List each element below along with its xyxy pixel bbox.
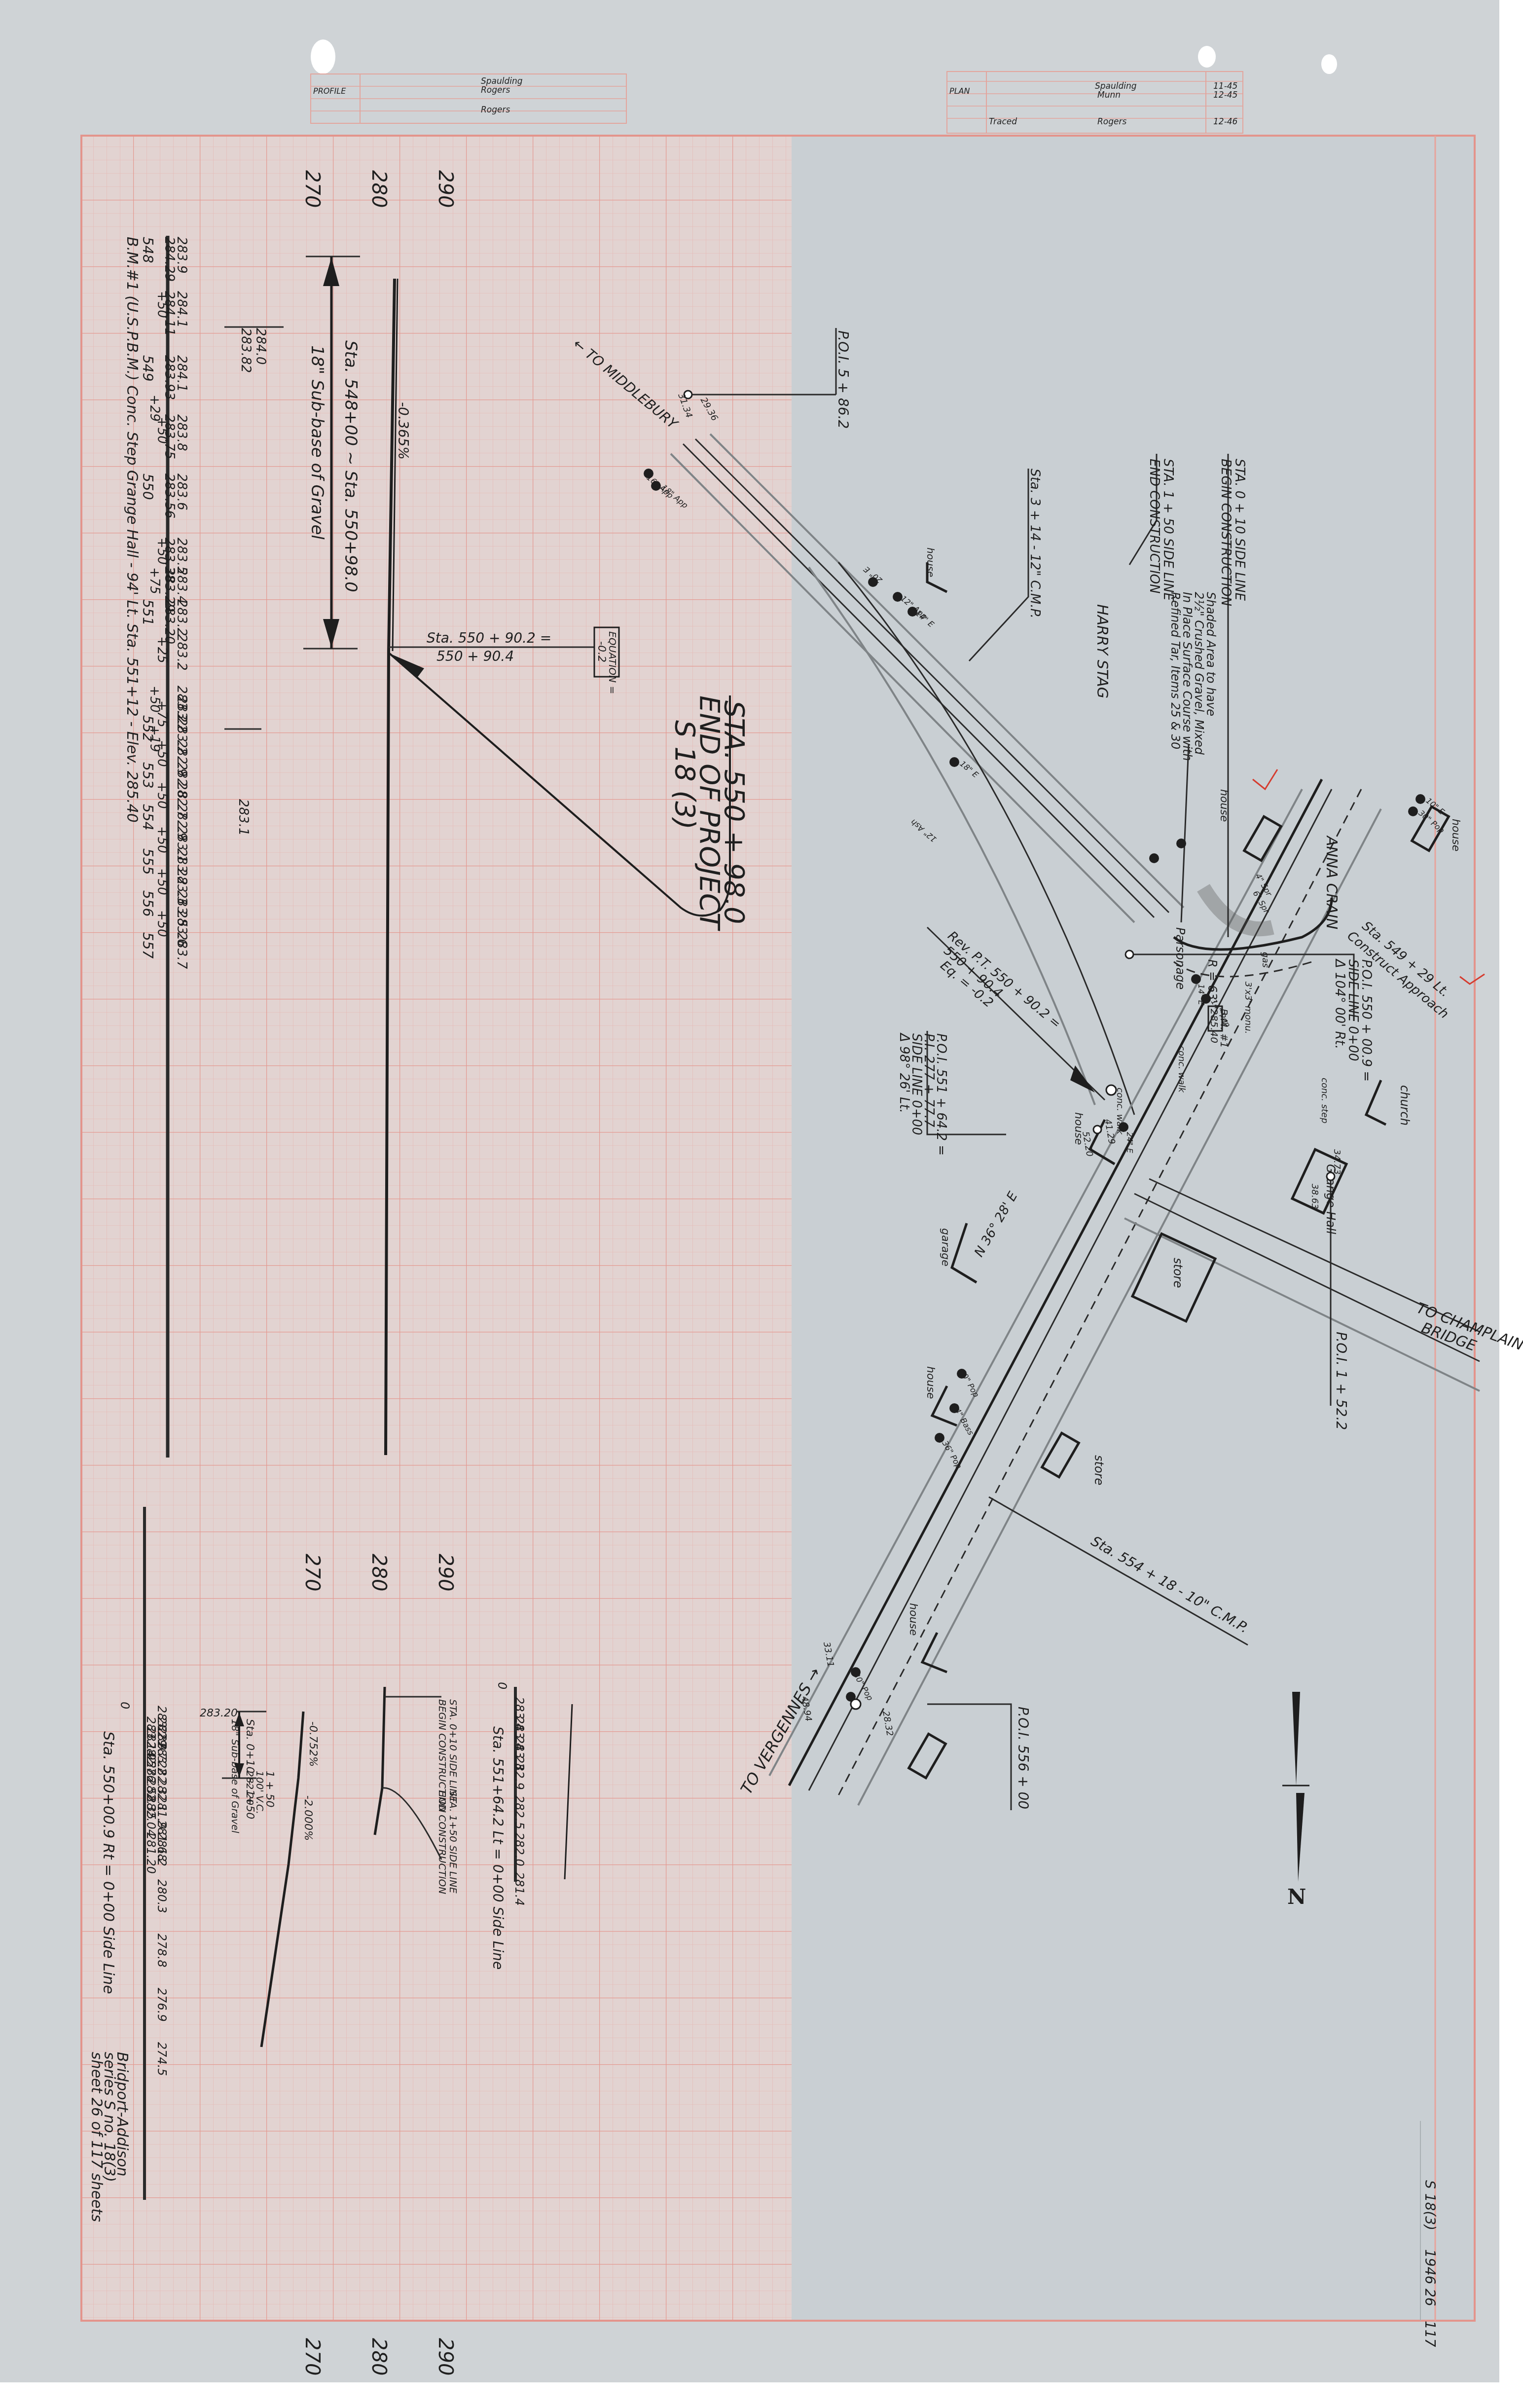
- svg-text:280.3: 280.3: [155, 1879, 169, 1913]
- svg-text:276.9: 276.9: [155, 1988, 169, 2022]
- svg-text:S 18(3): S 18(3): [1422, 2180, 1438, 2230]
- poi-5-label: P.O.I. 5 + 86.2: [835, 330, 851, 429]
- svg-text:1946: 1946: [1422, 2249, 1438, 2284]
- svg-text:house: house: [925, 547, 937, 577]
- svg-text:conc. step: conc. step: [1319, 1078, 1330, 1124]
- svg-text:STA. 1+50 SIDE LINE: STA. 1+50 SIDE LINE: [447, 1790, 459, 1894]
- poi-550-c: Δ 104° 00' Rt.: [1332, 958, 1347, 1049]
- side-lt-title: Sta. 551+64.2 Lt = 0+00 Side Line: [490, 1726, 506, 1970]
- svg-text:280: 280: [367, 170, 390, 208]
- svg-text:117: 117: [1422, 2321, 1438, 2347]
- svg-text:556: 556: [140, 890, 156, 916]
- house-7: [909, 1734, 946, 1778]
- equation-box-value: -0.2: [595, 641, 608, 662]
- svg-text:555: 555: [140, 848, 156, 875]
- anna-crain-label: ANNA CRAIN: [1323, 835, 1340, 929]
- svg-text:553: 553: [140, 762, 156, 788]
- sheet-number: sheet 26 of 117 sheets: [88, 2052, 105, 2222]
- poi-556-label: P.O.I. 556 + 00: [1015, 1707, 1031, 1809]
- svg-text:+50: +50: [154, 910, 169, 937]
- svg-text:house: house: [924, 1366, 937, 1399]
- store-2: store: [1042, 1433, 1106, 1485]
- svg-text:280: 280: [367, 2338, 390, 2375]
- vpi-1-elev-a: 284.0: [253, 328, 268, 365]
- sta-3-14-label: Sta. 3 + 14 - 12" C.M.P.: [1027, 469, 1042, 619]
- svg-text:290: 290: [434, 2338, 457, 2375]
- plan-title-block: PLAN Spaulding 11-45 Munn 12-45 Traced R…: [947, 72, 1243, 133]
- svg-text:+50: +50: [154, 782, 169, 809]
- svg-text:12" Ash: 12" Ash: [909, 817, 939, 844]
- svg-text:282.5: 282.5: [512, 1795, 526, 1829]
- north-arrow-icon: N: [1282, 1692, 1309, 1909]
- svg-text:gas: gas: [1260, 952, 1270, 968]
- poi-1-52-label: P.O.I. 1 + 52.2: [1333, 1332, 1349, 1430]
- benchmark-note: B.M.#1 (U.S.P.B.M.) Conc. Step Grange Ha…: [123, 237, 141, 823]
- svg-text:26: 26: [1422, 2289, 1438, 2306]
- plan-surveyed-by: Spaulding: [1095, 81, 1137, 91]
- svg-text:283.56: 283.56: [162, 474, 177, 518]
- side-rt-title: Sta. 550+00.9 Rt = 0+00 Side Line: [100, 1731, 117, 1994]
- begin-side-line: STA. 0 + 10 SIDE LINE: [1232, 459, 1247, 601]
- plan-surveyed-date: 11-45: [1213, 81, 1237, 91]
- profile-title-block: PROFILE Spaulding Rogers Rogers: [311, 74, 626, 123]
- svg-text:END CONSTRUCTION: END CONSTRUCTION: [436, 1790, 448, 1894]
- poi-550-b: SIDE LINE 0+00: [1345, 959, 1360, 1061]
- svg-text:3'x3' monu.: 3'x3' monu.: [1243, 982, 1253, 1034]
- north-arrow-label: N: [1287, 1885, 1306, 1909]
- plan-plotted-by: Munn: [1097, 90, 1121, 100]
- svg-text:Refined Tar, Items 25 & 30: Refined Tar, Items 25 & 30: [1168, 592, 1182, 749]
- svg-text:+50: +50: [154, 291, 169, 318]
- garage: garage: [939, 1223, 977, 1282]
- house-6: house: [907, 1603, 947, 1672]
- svg-text:conc. walk: conc. walk: [1176, 1046, 1187, 1093]
- red-check-mark-2: [1460, 974, 1485, 984]
- svg-text:290: 290: [434, 1554, 457, 1591]
- svg-text:40" Pop: 40" Pop: [958, 1368, 981, 1399]
- svg-text:549: 549: [140, 355, 156, 381]
- plan-traced-label: Traced: [989, 117, 1017, 127]
- svg-text:548: 548: [140, 237, 156, 263]
- svg-text:281.20: 281.20: [144, 1832, 158, 1874]
- svg-text:284.29: 284.29: [162, 237, 177, 282]
- plan-plotted-date: 12-45: [1213, 90, 1237, 100]
- parsonage-label: Parsonage: [1173, 927, 1187, 989]
- svg-text:274.5: 274.5: [155, 2042, 169, 2076]
- svg-text:280: 280: [367, 1554, 390, 1591]
- svg-text:52.20: 52.20: [1080, 1131, 1095, 1157]
- subbase-material-note: 18" Sub-base of Gravel: [307, 345, 327, 540]
- svg-text:290: 290: [434, 170, 457, 208]
- store-1: store: [1132, 1234, 1215, 1321]
- house-5: house: [924, 1366, 957, 1425]
- subbase-station-note: Sta. 548+00 ~ Sta. 550+98.0: [341, 340, 361, 592]
- svg-text:36" Pop: 36" Pop: [941, 1439, 964, 1471]
- svg-text:283.7: 283.7: [174, 932, 189, 969]
- svg-text:283.93: 283.93: [162, 355, 177, 400]
- svg-text:+50: +50: [154, 868, 169, 895]
- equation-box-label: EQUATION =: [607, 631, 618, 694]
- svg-text:282.9: 282.9: [512, 1756, 526, 1790]
- svg-text:church: church: [1398, 1085, 1412, 1126]
- svg-text:+75: +75: [154, 700, 169, 728]
- svg-text:33.11: 33.11: [821, 1641, 836, 1668]
- svg-text:270: 270: [301, 1554, 324, 1591]
- profile-block-label: PROFILE: [313, 86, 346, 96]
- end-side-line: STA. 1 + 50 SIDE LINE: [1160, 459, 1175, 601]
- poi-550-a: P.O.I. 550 + 00.9 =: [1359, 959, 1374, 1082]
- poi-551-d: Δ 98° 26' Lt.: [897, 1032, 911, 1113]
- vpi-1-elev-b: 283.82: [238, 328, 253, 373]
- plan-block-label: PLAN: [949, 86, 970, 96]
- svg-text:14" Bass: 14" Bass: [950, 1402, 976, 1437]
- svg-text:270: 270: [301, 2338, 324, 2375]
- svg-text:conc. walk: conc. walk: [1115, 1088, 1125, 1135]
- profile-axis-bottom: 270 280 290: [301, 2338, 457, 2375]
- svg-text:house: house: [907, 1603, 919, 1636]
- profile-grid: [81, 136, 792, 2321]
- profile-drawn-by: Rogers: [481, 105, 510, 115]
- house-1: house: [925, 547, 947, 592]
- svg-text:-0.752%: -0.752%: [307, 1721, 319, 1767]
- drawing-canvas: PROFILE Spaulding Rogers Rogers PLAN Spa…: [0, 0, 1523, 2408]
- profile-plotted-by: Rogers: [481, 85, 510, 95]
- svg-text:550: 550: [140, 474, 156, 500]
- svg-text:0: 0: [495, 1682, 509, 1689]
- svg-text:34.73: 34.73: [1332, 1149, 1342, 1175]
- svg-text:281.4: 281.4: [512, 1872, 526, 1906]
- begin-side-construction: BEGIN CONSTRUCTION: [1218, 459, 1233, 606]
- rev-pt-arrow: [1070, 1065, 1095, 1093]
- svg-text:+75: +75: [147, 567, 162, 594]
- svg-text:278.8: 278.8: [155, 1934, 169, 1968]
- svg-text:554: 554: [140, 804, 156, 830]
- svg-text:0: 0: [118, 1702, 132, 1709]
- svg-text:18" Sub-base of Gravel: 18" Sub-base of Gravel: [229, 1719, 241, 1833]
- svg-text:551: 551: [140, 599, 156, 625]
- end-side-construction: END CONSTRUCTION: [1147, 459, 1161, 593]
- svg-text:557: 557: [140, 932, 156, 959]
- shaded-area-note: Shaded Area to have 2½" Crushed Gravel, …: [1168, 592, 1218, 761]
- profile-grade-label: -0.365%: [395, 402, 411, 460]
- svg-text:+50: +50: [154, 740, 169, 767]
- svg-text:28.32: 28.32: [880, 1710, 895, 1737]
- sta-554-label: Sta. 554 + 18 - 10" C.M.P.: [1088, 1532, 1252, 1636]
- svg-text:store: store: [1171, 1258, 1185, 1288]
- svg-text:24" E: 24" E: [1125, 1132, 1134, 1154]
- svg-text:270: 270: [301, 170, 324, 208]
- punch-holes: [311, 39, 1337, 74]
- svg-text:14" E: 14" E: [1197, 984, 1206, 1006]
- profile-surveyed-by: Spaulding: [481, 76, 523, 86]
- svg-text:store: store: [1092, 1455, 1106, 1485]
- svg-text:282.0: 282.0: [512, 1832, 526, 1866]
- svg-text:garage: garage: [939, 1228, 951, 1266]
- plan-traced-date: 12-46: [1213, 117, 1238, 127]
- svg-text:STA. 0+10 SIDE LINE: STA. 0+10 SIDE LINE: [447, 1699, 459, 1802]
- plan-traced-by: Rogers: [1097, 117, 1126, 127]
- svg-text:38.63: 38.63: [1309, 1184, 1320, 1209]
- equation-station-2: 550 + 90.4: [436, 648, 514, 664]
- church: church: [1366, 1080, 1412, 1126]
- svg-text:+50: +50: [154, 538, 169, 565]
- house-2: house: [1218, 789, 1281, 861]
- equation-station-1: Sta. 550 + 90.2 =: [427, 630, 551, 646]
- red-check-mark: [1253, 769, 1277, 789]
- svg-text:+50: +50: [154, 417, 169, 444]
- svg-text:house: house: [1450, 819, 1462, 851]
- svg-text:283.2: 283.2: [174, 634, 189, 670]
- bearing-label: N 36° 28' E: [972, 1189, 1021, 1260]
- end-project-number: S 18 (3): [669, 720, 701, 830]
- svg-text:+25: +25: [154, 636, 169, 663]
- svg-text:-2.000%: -2.000%: [302, 1795, 314, 1841]
- svg-text:282.20: 282.20: [244, 1771, 256, 1805]
- vpi-2-elev: 283.1: [236, 799, 251, 836]
- svg-text:+50: +50: [154, 826, 169, 853]
- harry-stag-label: HARRY STAG: [1093, 604, 1111, 698]
- svg-text:283.20: 283.20: [200, 1707, 238, 1719]
- svg-text:house: house: [1218, 789, 1230, 822]
